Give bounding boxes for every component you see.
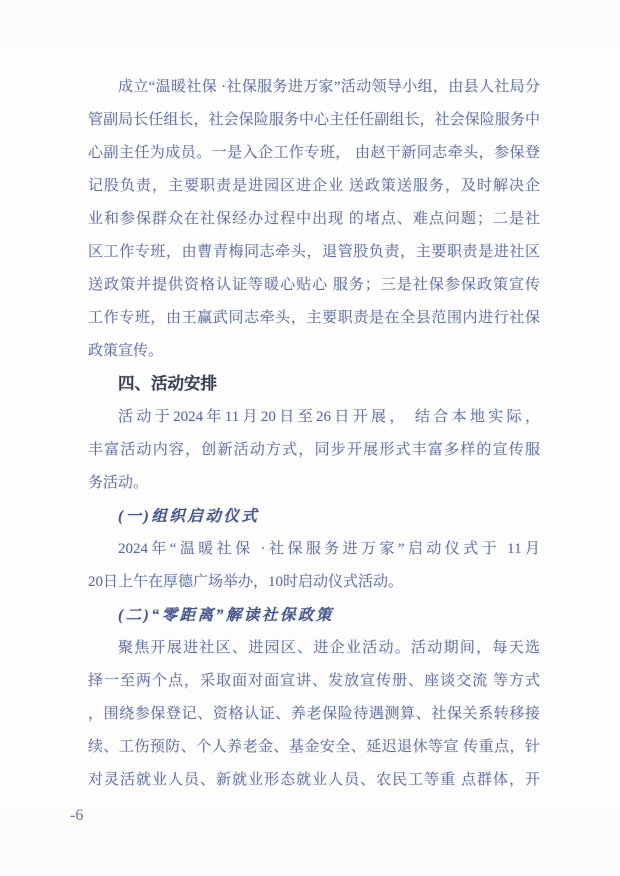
subsection-heading-zero-distance-policy: (二)“零距离”解读社保政策 — [88, 599, 540, 632]
body-line: 记股负责，主要职责是进园区进企业 送政策送服务，及时解决企 — [88, 170, 540, 203]
body-line: 2024年“温暖社保 ·社保服务进万家”启动仪式于 11月 — [88, 533, 540, 566]
section-heading-activity-arrangement: 四、活动安排 — [88, 368, 540, 401]
body-line: 业和参保群众在社保经办过程中出现 的堵点、难点问题；二是社 — [88, 203, 540, 236]
body-line: 丰富活动内容，创新活动方式，同步开展形式丰富多样的宣传服 — [88, 434, 540, 467]
body-line: 工作专班，由王赢武同志牵头，主要职责是在全县范围内进行社保 — [88, 302, 540, 335]
body-line: 择一至两个点，采取面对面宣讲、发放宣传册、座谈交流 等方式 — [88, 665, 540, 698]
body-line: 管副局长任组长，社会保险服务中心主任任副组长，社会保险服务中 — [88, 104, 540, 137]
body-line: 务活动。 — [88, 467, 540, 500]
subsection-heading-launch-ceremony: (一)组织启动仪式 — [88, 500, 540, 533]
body-line: 对灵活就业人员、新就业形态就业人员、农民工等重 点群体，开 — [88, 764, 540, 797]
body-line: 聚焦开展进社区、进园区、进企业活动。活动期间，每天选 — [88, 632, 540, 665]
body-line: 政策宣传。 — [88, 335, 540, 368]
document-text-block: 成立“温暖社保 ·社保服务进万家”活动领导小组，由县人社局分 管副局长任组长，社… — [88, 71, 540, 797]
body-line: 送政策并提供资格认证等暖心贴心 服务；三是社保参保政策宣传 — [88, 269, 540, 302]
page-number: -6 — [70, 806, 83, 826]
body-line: ，围绕参保登记、资格认证、养老保险待遇测算、社保关系转移接 — [88, 698, 540, 731]
body-line: 20日上午在厚德广场举办，10时启动仪式活动。 — [88, 566, 540, 599]
scanned-document-page: 成立“温暖社保 ·社保服务进万家”活动领导小组，由县人社局分 管副局长任组长，社… — [0, 0, 620, 876]
body-line: 区工作专班，由曹青梅同志牵头，退管股负责，主要职责是进社区 — [88, 236, 540, 269]
body-line: 活动于2024年11月20日至26日开展， 结合本地实际， — [88, 401, 540, 434]
body-line: 心副主任为成员。一是入企工作专班， 由赵干新同志牵头，参保登 — [88, 137, 540, 170]
body-line: 成立“温暖社保 ·社保服务进万家”活动领导小组，由县人社局分 — [88, 71, 540, 104]
body-line: 续、工伤预防、个人养老金、基金安全、延迟退休等宣 传重点，针 — [88, 731, 540, 764]
